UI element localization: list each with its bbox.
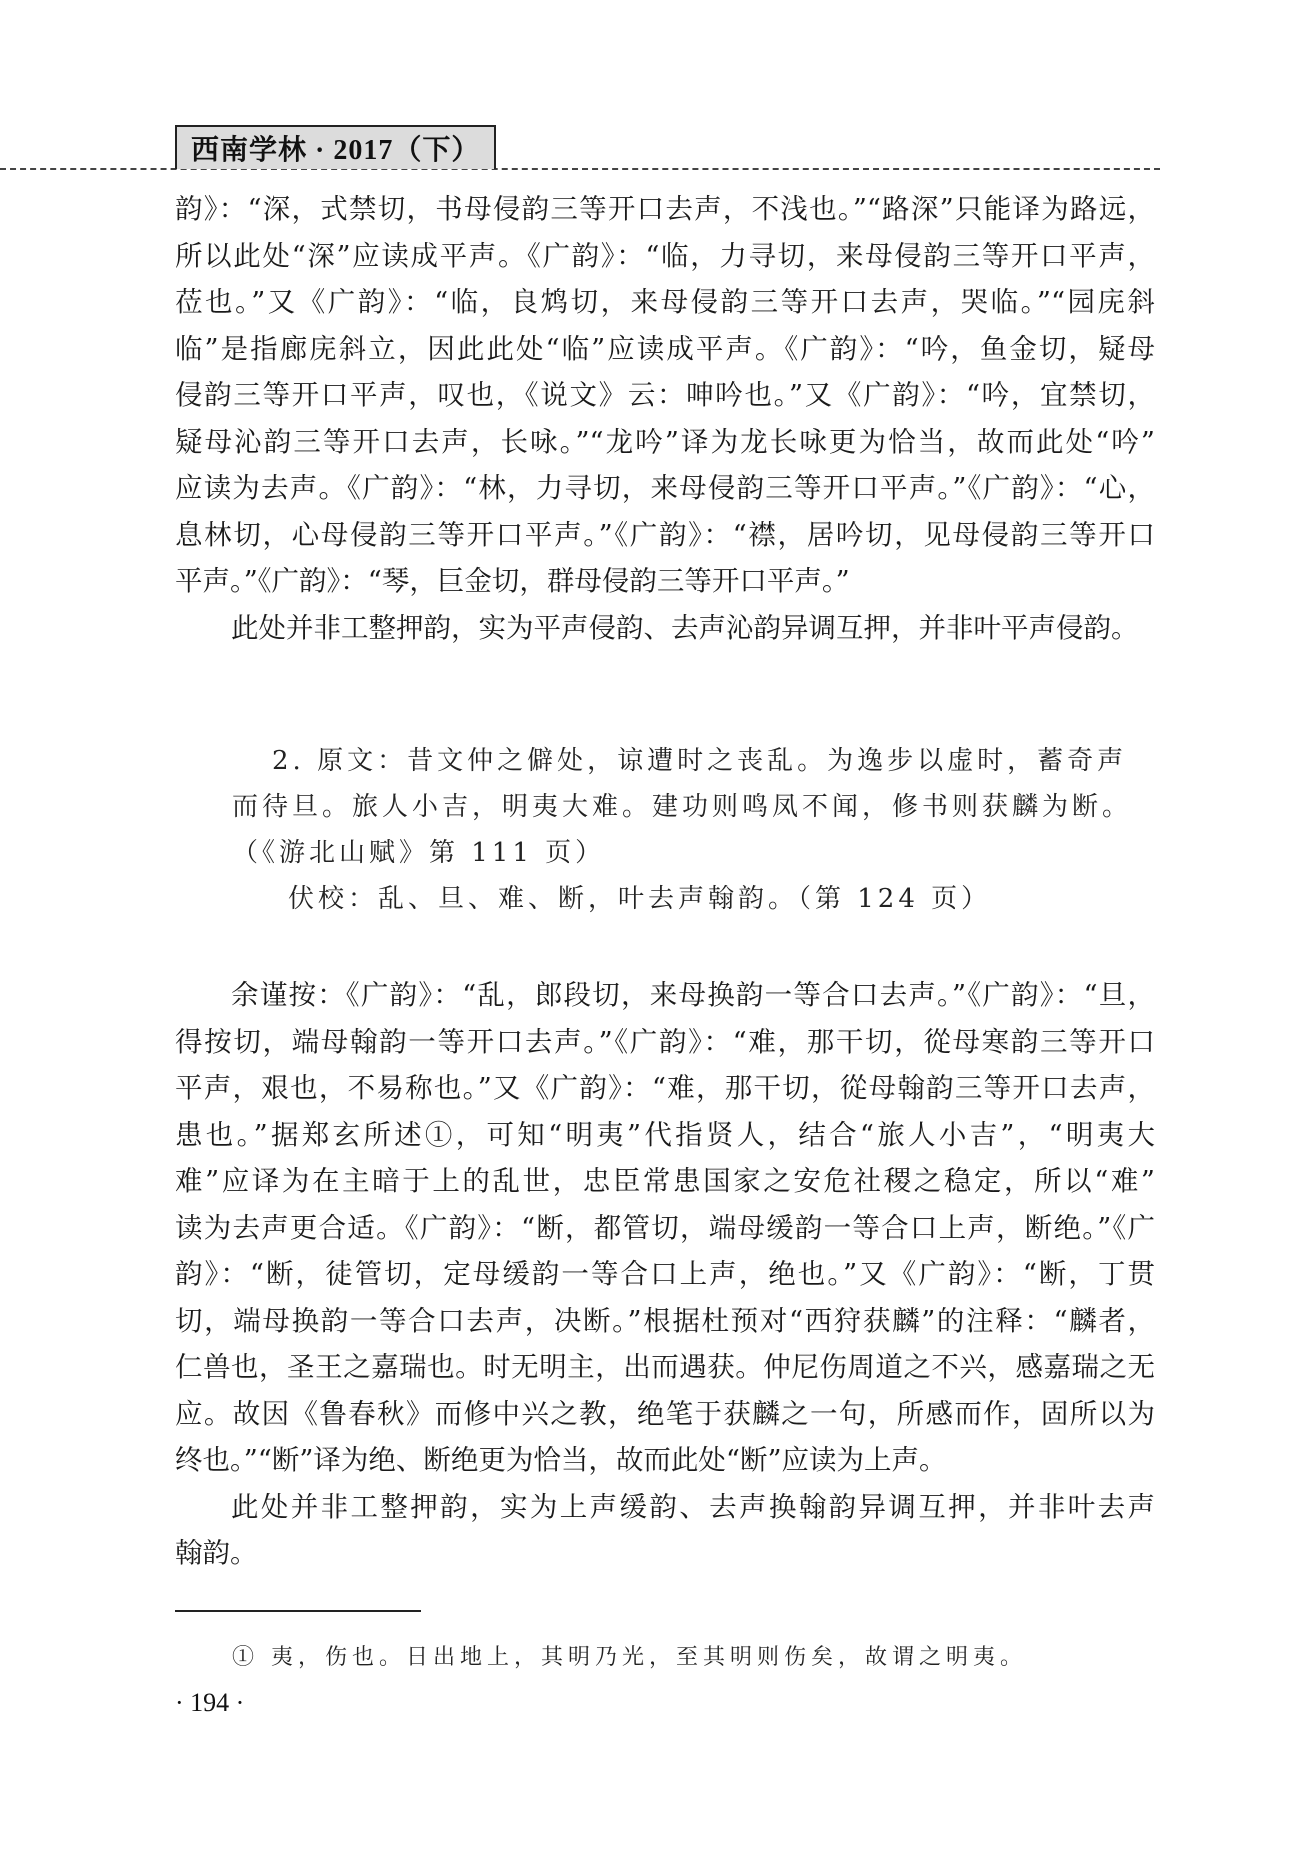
text-line: 应。故因《鲁春秋》而修中兴之教，绝笔于获麟之一句，所感而作，固所以为	[175, 1391, 1155, 1438]
text-line: 疑母沁韵三等开口去声，长咏。”“龙吟”译为龙长咏更为恰当，故而此处“吟”	[175, 419, 1155, 466]
footnote: ① 夷，伤也。日出地上，其明乃光，至其明则伤矣，故谓之明夷。	[232, 1640, 1027, 1671]
text-line: 终也。”“断”译为绝、断绝更为恰当，故而此处“断”应读为上声。	[175, 1437, 1155, 1484]
footnote-rule	[175, 1610, 421, 1612]
text-line: 切，端母换韵一等合口去声，决断。”根据杜预对“西狩获麟”的注释：“麟者，	[175, 1298, 1155, 1345]
text-line: 息林切，心母侵韵三等开口平声。”《广韵》：“襟，居吟切，见母侵韵三等开口	[175, 512, 1155, 559]
text-line: 莅也。”又《广韵》：“临，良鸩切，来母侵韵三等开口去声，哭临。”“园庑斜	[175, 279, 1155, 326]
paragraph-1: 韵》：“深，式禁切，书母侵韵三等开口去声，不浅也。”“路深”只能译为路远， 所以…	[175, 186, 1155, 651]
quote-line: 2. 原文：昔文仲之僻处，谅遭时之丧乱。为逸步以虚时，蓄奇声	[232, 738, 1102, 784]
text-line: 应读为去声。《广韵》：“林，力寻切，来母侵韵三等开口平声。”《广韵》：“心，	[175, 465, 1155, 512]
text-line: 临”是指廊庑斜立，因此此处“临”应读成平声。《广韵》：“吟，鱼金切，疑母	[175, 326, 1155, 373]
quote-line: 而待旦。旅人小吉，明夷大难。建功则鸣凤不闻，修书则获麟为断。	[232, 784, 1102, 830]
text-line: 韵》：“断，徒管切，定母缓韵一等合口上声，绝也。”又《广韵》：“断，丁贯	[175, 1251, 1155, 1298]
text-line: 难”应译为在主暗于上的乱世，忠臣常患国家之安危社稷之稳定，所以“难”	[175, 1158, 1155, 1205]
text-line: 读为去声更合适。《广韵》：“断，都管切，端母缓韵一等合口上声，断绝。”《广	[175, 1205, 1155, 1252]
text-line: 仁兽也，圣王之嘉瑞也。时无明主，出而遇获。仲尼伤周道之不兴，感嘉瑞之无	[175, 1344, 1155, 1391]
paragraph-2: 此处并非工整押韵，实为平声侵韵、去声沁韵异调互押，并非叶平声侵韵。	[175, 605, 1155, 652]
text-line: 余谨按：《广韵》：“乱，郎段切，来母换韵一等合口去声。”《广韵》：“旦，	[175, 972, 1155, 1019]
text-line: 韵》：“深，式禁切，书母侵韵三等开口去声，不浅也。”“路深”只能译为路远，	[175, 186, 1155, 233]
text-line: 平声。”《广韵》：“琴，巨金切，群母侵韵三等开口平声。”	[175, 558, 1155, 605]
text-line: 平声，艰也，不易称也。”又《广韵》：“难，那干切，從母翰韵三等开口去声，	[175, 1065, 1155, 1112]
journal-title: 西南学林 · 2017（下）	[191, 128, 480, 168]
text-line: 侵韵三等开口平声，叹也，《说文》云：呻吟也。”又《广韵》：“吟，宜禁切，	[175, 372, 1155, 419]
text-line: 所以此处“深”应读成平声。《广韵》：“临，力寻切，来母侵韵三等开口平声，	[175, 233, 1155, 280]
text-line: 此处并非工整押韵，实为上声缓韵、去声换翰韵异调互押，并非叶去声	[175, 1484, 1155, 1531]
text-line: 得按切，端母翰韵一等开口去声。”《广韵》：“难，那干切，從母寒韵三等开口	[175, 1019, 1155, 1066]
collation-note: 伏校：乱、旦、难、断，叶去声翰韵。（第 124 页）	[232, 876, 1102, 922]
running-head: 西南学林 · 2017（下）	[175, 125, 496, 169]
quoted-original-text: 2. 原文：昔文仲之僻处，谅遭时之丧乱。为逸步以虚时，蓄奇声 而待旦。旅人小吉，…	[232, 738, 1102, 922]
text-line: 患也。”据郑玄所述①，可知“明夷”代指贤人，结合“旅人小吉”，“明夷大	[175, 1112, 1155, 1159]
text-line: 翰韵。	[175, 1530, 1155, 1577]
page-number: · 194 ·	[175, 1688, 244, 1718]
quote-citation: （《游北山赋》第 111 页）	[232, 830, 1102, 876]
paragraph-3: 余谨按：《广韵》：“乱，郎段切，来母换韵一等合口去声。”《广韵》：“旦， 得按切…	[175, 972, 1155, 1577]
header-dashed-rule	[0, 168, 1160, 170]
